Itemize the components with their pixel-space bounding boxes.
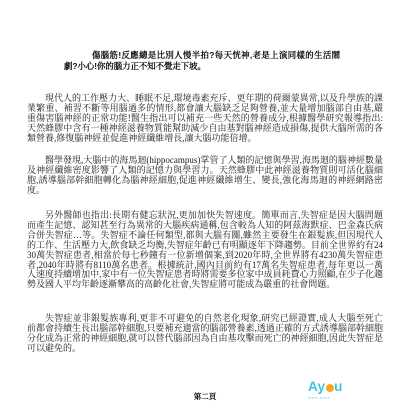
logo-text-right: u (334, 380, 342, 394)
logo-o-dot-icon (326, 384, 334, 392)
logo-text-left: Ay (308, 380, 325, 394)
brand-logo: Ay u ▪▪▪▪▪ ▪▪▪▪▪ (308, 379, 368, 400)
paragraph-dementia-statistics: 另外醫師也指出:長期有健忘狀況,更加加快失智速度。簡單而言,失智症是因大腦問題而… (27, 211, 383, 290)
paragraph-prevention: 失智症並非銀髮族專利,更非不可避免的自然老化現象,研究已經證實,成人大腦至死亡前… (27, 314, 383, 354)
logo-tagline: ▪▪▪▪▪ ▪▪▪▪▪ (308, 396, 368, 400)
logo-wordmark: Ay u (308, 380, 343, 394)
document-page: 傷腦筋!反應總是比別人慢半拍?每天恍神,老是上演同樣的生活鬧劇?小心!你的腦力正… (0, 0, 410, 410)
paragraph-hippocampus: 醫學發現,大腦中的海馬迴(hippocampus)掌管了人類的記憶與學習,海馬迴… (27, 156, 383, 196)
paragraph-modern-stress: 現代人的工作壓力大、睡眠不足,環境毒素充斥、更年期的荷爾蒙異常,以及升學族的課業… (27, 94, 383, 144)
headline: 傷腦筋!反應總是比別人慢半拍?每天恍神,老是上演同樣的生活鬧劇?小心!你的腦力正… (64, 50, 340, 71)
